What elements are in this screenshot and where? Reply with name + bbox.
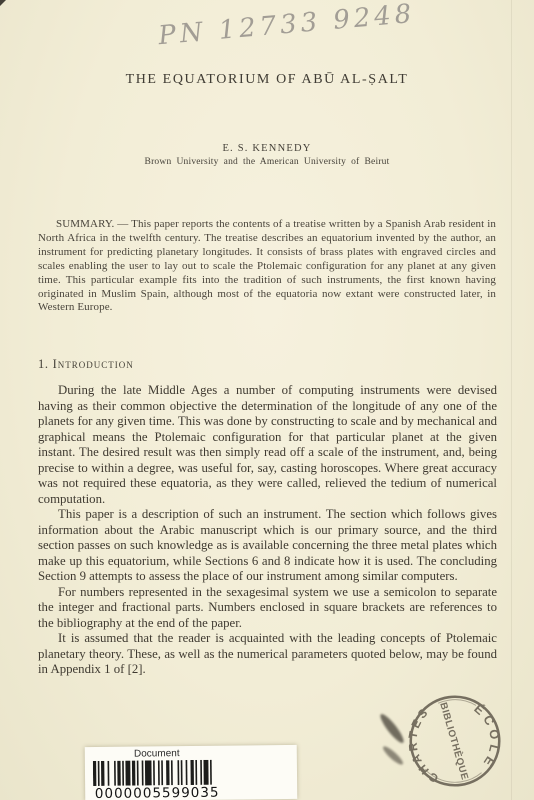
barcode-sticker: Document 0000005599035 — [85, 745, 298, 800]
svg-text:CHARTES: CHARTES — [400, 703, 442, 789]
section-heading: 1.Introduction — [38, 357, 134, 372]
paragraph: This paper is a description of such an i… — [38, 507, 497, 585]
barcode-icon — [93, 760, 215, 786]
stamp-center-text: BIBLIOTHÈQUE — [437, 701, 471, 781]
stamp-arc-top-text: ÉCOLE — [470, 699, 507, 774]
author-block: E. S. KENNEDY Brown University and the A… — [0, 143, 534, 167]
summary-paragraph: SUMMARY. — This paper reports the conten… — [38, 218, 496, 315]
article-body: During the late Middle Ages a number of … — [38, 383, 497, 678]
handwritten-call-number: PN 12733 9248 — [157, 0, 416, 51]
barcode-number: 0000005599035 — [87, 785, 227, 800]
scanned-paper-page: PN 12733 9248 THE EQUATORIUM OF ABŪ AL-Ṣ… — [0, 0, 534, 800]
author-name: E. S. KENNEDY — [0, 143, 534, 154]
section-title: Introduction — [53, 357, 134, 371]
scan-edge-shade — [511, 0, 512, 800]
summary-text: — This paper reports the contents of a t… — [38, 218, 496, 313]
svg-text:ÉCOLE: ÉCOLE — [470, 699, 507, 774]
library-stamp-icon: ÉCOLE CHARTES BIBLIOTHÈQUE — [388, 674, 521, 800]
summary-label: SUMMARY. — [56, 218, 114, 230]
paragraph: It is assumed that the reader is acquain… — [38, 631, 497, 678]
barcode-label: Document — [87, 748, 227, 760]
author-affiliation: Brown University and the American Univer… — [0, 157, 534, 167]
stamp-arc-bottom-text: CHARTES — [400, 703, 442, 789]
page-title: THE EQUATORIUM OF ABŪ AL-ṢALT — [0, 72, 534, 88]
scan-corner-artifact — [0, 0, 6, 6]
paragraph: During the late Middle Ages a number of … — [38, 383, 497, 507]
section-number: 1. — [38, 357, 49, 371]
paragraph: For numbers represented in the sexagesim… — [38, 585, 497, 632]
